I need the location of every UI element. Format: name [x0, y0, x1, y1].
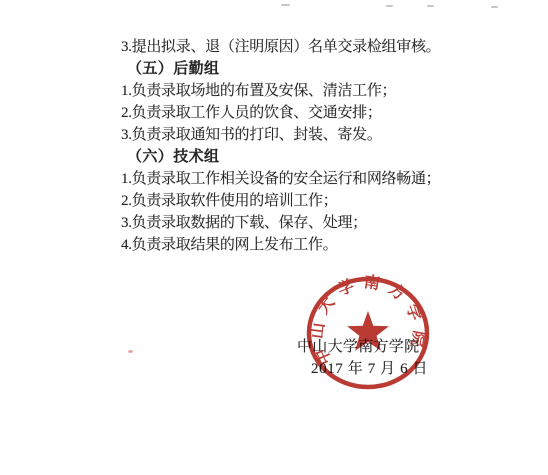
section-heading-technical: （六）技术组 — [121, 146, 521, 168]
ink-speck — [128, 350, 133, 353]
scan-smudge — [386, 5, 393, 7]
seal-star-icon — [347, 311, 389, 351]
doc-line: 3.负责录取通知书的打印、封装、寄发。 — [121, 124, 521, 146]
doc-line: 3.提出拟录、退（注明原因）名单交录检组审核。 — [121, 36, 521, 58]
scanned-document-page: { "document": { "lines": [ {"text": "3.提… — [0, 0, 548, 475]
doc-line: 4.负责录取结果的网上发布工作。 — [121, 234, 521, 256]
scan-smudge — [491, 6, 498, 8]
doc-line: 1.负责录取场地的布置及安保、清洁工作； — [121, 80, 521, 102]
document-body: 3.提出拟录、退（注明原因）名单交录检组审核。 （五）后勤组 1.负责录取场地的… — [121, 36, 521, 256]
scan-smudge — [281, 4, 290, 6]
doc-line: 1.负责录取工作相关设备的安全运行和网络畅通； — [121, 168, 521, 190]
doc-line: 3.负责录取数据的下载、保存、处理； — [121, 212, 521, 234]
doc-line: 2.负责录取软件使用的培训工作； — [121, 190, 521, 212]
official-seal: 中山大学南方学院 — [300, 270, 440, 400]
scan-smudge — [427, 5, 434, 7]
section-heading-logistics: （五）后勤组 — [121, 58, 521, 80]
doc-line: 2.负责录取工作人员的饮食、交通安排； — [121, 102, 521, 124]
